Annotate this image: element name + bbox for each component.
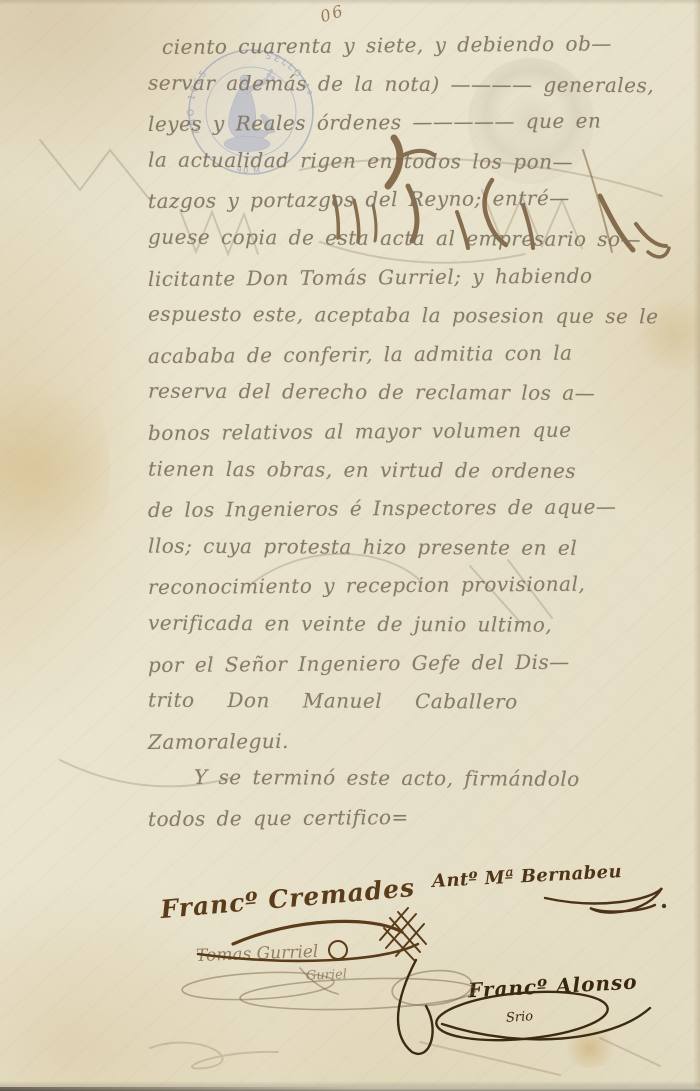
manuscript-line: guese copia de esta acta al empresario s…	[148, 218, 668, 259]
manuscript-line: Y se terminó este acto, firmándolo	[148, 758, 668, 799]
scan-edge-bottom	[0, 1081, 700, 1091]
manuscript-text-block: ciento cuarenta y siete, y debiendo ob— …	[148, 26, 668, 836]
signature-gurriel: Tomas Gurriel	[196, 942, 319, 966]
manuscript-page: 90 AÑO 1865 SELLO 4º 40 M	[0, 0, 700, 1091]
scan-edge-top	[0, 0, 700, 5]
manuscript-line: servar además de la nota) ———— generales…	[148, 63, 668, 104]
manuscript-line: todos de que certifico=	[148, 796, 668, 839]
manuscript-line: verificada en veinte de junio ultimo,	[148, 604, 668, 645]
signature-alonso-role: Srio	[506, 1009, 534, 1026]
paper-stain	[0, 360, 110, 580]
page-number-mark: 90	[316, 1, 345, 27]
manuscript-line: reserva del derecho de reclamar los a—	[148, 372, 668, 413]
manuscript-line: reconocimiento y recepcion provisional,	[148, 564, 668, 607]
manuscript-line: bonos relativos al mayor volumen que	[148, 410, 668, 453]
manuscript-line: la actualidad rigen en todos los pon—	[148, 140, 668, 181]
signature-alonso: Francº Alonso	[467, 970, 638, 1003]
manuscript-line: espuesto este, aceptaba la posesion que …	[148, 295, 668, 336]
manuscript-line: de los Ingenieros é Inspectores de aque—	[148, 487, 668, 530]
manuscript-line: acababa de conferir, la admitia con la	[148, 333, 668, 376]
manuscript-line: por el Señor Ingeniero Gefe del Dis—	[148, 641, 668, 684]
manuscript-line: Zamoralegui.	[148, 719, 668, 762]
signature-bernabeu: Antº Mª Bernabeu	[432, 861, 623, 892]
signature-gurriel-secondary: Guriel	[306, 967, 347, 983]
manuscript-line: llos; cuya protesta hizo presente en el	[148, 526, 668, 567]
manuscript-line: tazgos y portazgos del Reyno; entré—	[148, 178, 668, 221]
signature-cremades: Francº Cremades	[159, 873, 416, 924]
manuscript-line: tienen las obras, en virtud de ordenes	[148, 449, 668, 490]
scan-edge-right	[693, 0, 700, 1091]
manuscript-line: leyes y Reales órdenes ————— que en	[148, 101, 668, 144]
manuscript-line: ciento cuarenta y siete, y debiendo ob—	[148, 24, 668, 67]
scan-edge-bottom-shadow	[0, 1087, 370, 1091]
manuscript-line: licitante Don Tomás Gurriel; y habiendo	[148, 256, 668, 299]
manuscript-line: trito Don Manuel Caballero	[148, 681, 668, 722]
paper-stain	[560, 1028, 620, 1068]
